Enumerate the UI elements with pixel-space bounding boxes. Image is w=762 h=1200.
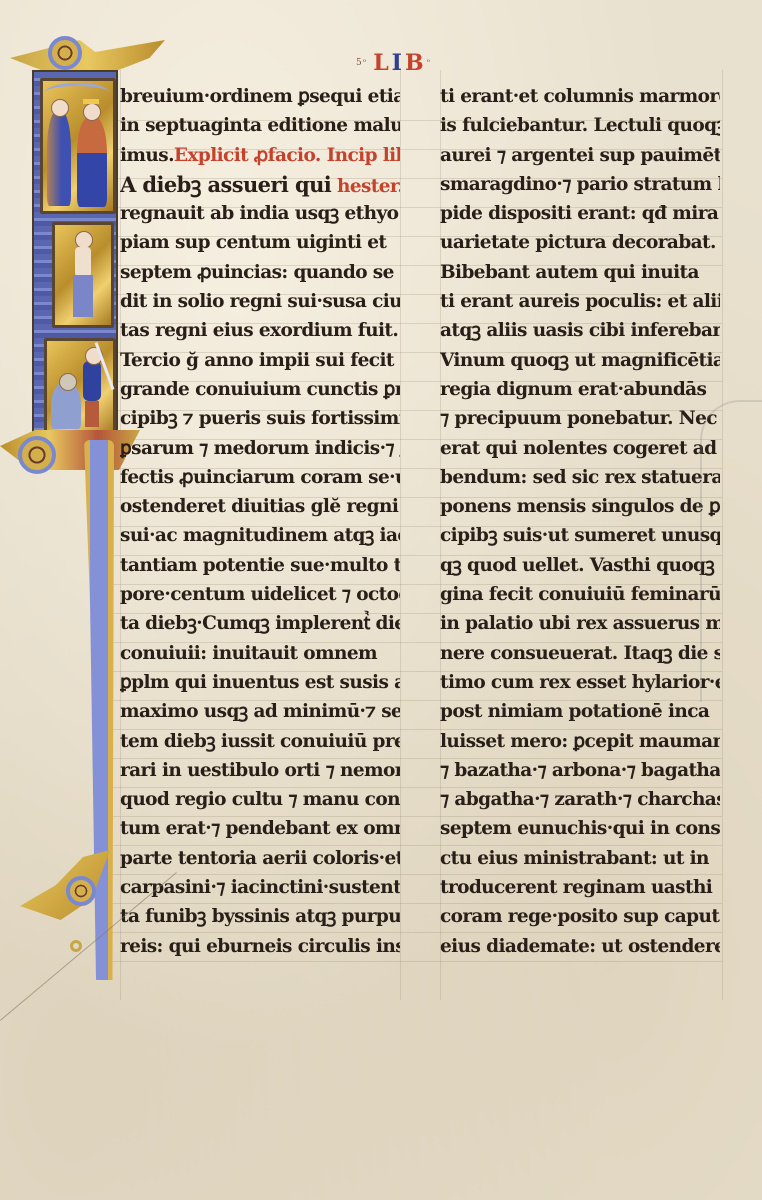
text-line: cipibꝫ ⁊ pueris suis fortissimis — [120, 404, 400, 433]
text-line: cipibꝫ suis·ut sumeret unusquis — [440, 521, 720, 550]
king-head — [83, 103, 101, 121]
text-line: quod regio cultu ⁊ manu consi — [120, 785, 400, 814]
text-line: grande conuiuium cunctis ꝑn — [120, 375, 400, 404]
text-line: Vinum quoqꝫ ut magnificētia — [440, 346, 720, 375]
text-line: in palatio ubi rex assuerus ma — [440, 609, 720, 638]
text-column-b: ti erant·et columnis marmore is fulcieba… — [440, 82, 720, 961]
text-line: ⁊ abgatha·⁊ zarath·⁊ charchas· — [440, 785, 720, 814]
text-line: is fulciebantur. Lectuli quoqꝫ — [440, 111, 720, 140]
text-line: rari in uestibulo orti ⁊ nemoris. — [120, 756, 400, 785]
running-head-suffix: ᵒ — [427, 58, 431, 68]
text-line: timo cum rex esset hylarior·et — [440, 668, 720, 697]
scene-execution — [44, 338, 116, 436]
queen-figure — [47, 111, 71, 206]
text-line: reis: qui eburneis circulis inser — [120, 932, 400, 961]
text-line: carpasini·⁊ iacinctini·sustenta — [120, 873, 400, 902]
figure-torso — [75, 247, 91, 277]
text-line: maximo usqꝫ ad minimū·⁊ sep — [120, 697, 400, 726]
spiral-ornament-icon — [66, 876, 96, 906]
text-line: sui·ac magnitudinem atqꝫ iac — [120, 521, 400, 550]
arcade-icon — [45, 83, 109, 102]
top-flourish — [10, 40, 165, 70]
text-line: Tercio ğ anno impii sui fecit — [120, 346, 400, 375]
text-line-with-rubric: A diebꝫ assueri qui hester. I — [120, 170, 400, 199]
show-through-ornament — [700, 400, 762, 702]
text-line: post nimiam potationē inca — [440, 697, 720, 726]
text-line-with-rubric: imus.Explicit ꝓfacio. Incip lib — [120, 141, 400, 170]
text-line: in septuaginta editione malu — [120, 111, 400, 140]
text-line: parte tentoria aerii coloris·et — [120, 844, 400, 873]
text-line: smaragdino·⁊ pario stratum la — [440, 170, 720, 199]
text-line: septem ꝓuincias: quando se — [120, 258, 400, 287]
text-line: tum erat·⁊ pendebant ex omni — [120, 814, 400, 843]
running-head-prefix: 5ᵒ — [356, 58, 367, 68]
scene-standing-figure — [52, 222, 114, 328]
text-line: bendum: sed sic rex statuerat ꝑ — [440, 463, 720, 492]
scene-king-queen — [40, 78, 116, 214]
text-line: septem eunuchis·qui in conspe — [440, 814, 720, 843]
rubric-explicit: Explicit ꝓfacio. Incip lib — [174, 145, 400, 166]
king-figure — [77, 117, 107, 207]
text-line: ⁊ precipuum ponebatur. Nec — [440, 404, 720, 433]
text-line: eius diademate: ut ostenderet — [440, 932, 720, 961]
text-line: erat qui nolentes cogeret ad bi — [440, 434, 720, 463]
running-head-letter: L — [373, 50, 389, 76]
text-line: ⁊ bazatha·⁊ arbona·⁊ bagatha· — [440, 756, 720, 785]
text-line: ti erant·et columnis marmore — [440, 82, 720, 111]
text-line: ta funibꝫ byssinis atqꝫ purpu — [120, 902, 400, 931]
text-line: coram rege·posito sup caput — [440, 902, 720, 931]
text-line: troducerent reginam uasthi — [440, 873, 720, 902]
queen-head — [51, 99, 69, 117]
spiral-ornament-icon — [18, 436, 56, 474]
text-fragment: imus. — [120, 145, 174, 166]
text-line: qꝫ quod uellet. Vasthi quoqꝫ re — [440, 551, 720, 580]
text-line: fectis ꝓuinciarum coram se·ut — [120, 463, 400, 492]
text-line: aurei ⁊ argentei sup pauimētū — [440, 141, 720, 170]
text-line: pore·centum uidelicet ⁊ octogi — [120, 580, 400, 609]
crown-icon — [83, 99, 99, 104]
text-fragment: A diebꝫ assueri qui — [120, 172, 331, 197]
text-line: piam sup centum uiginti et — [120, 228, 400, 257]
text-line: conuiuii: inuitauit omnem — [120, 639, 400, 668]
text-line: ta diebꝫ·Cumqꝫ implerentᷣ dies — [120, 609, 400, 638]
running-head-letter: B — [405, 50, 425, 76]
text-line: breuium·ordinem ꝑsequi etiam — [120, 82, 400, 111]
text-line: tas regni eius exordium fuit. — [120, 316, 400, 345]
text-line: ti erant aureis poculis: et aliis — [440, 287, 720, 316]
text-line: tantiam potentie sue·multo tē — [120, 551, 400, 580]
text-line: tem diebꝫ iussit conuiuiū prepa — [120, 727, 400, 756]
text-line: ostenderet diuitias glĕ regni — [120, 492, 400, 521]
rubric-hester: hester. — [337, 176, 400, 197]
text-line: atqꝫ aliis uasis cibi inferebantᷣ. — [440, 316, 720, 345]
text-line: gina fecit conuiuiū feminarū: — [440, 580, 720, 609]
executioner-legs — [85, 401, 99, 427]
ruling-line — [400, 70, 401, 1000]
text-line: Bibebant autem qui inuita — [440, 258, 720, 287]
kneeling-head — [59, 373, 77, 391]
text-line: nere consueuerat. Itaqꝫ die sep — [440, 639, 720, 668]
figure-legs — [73, 275, 93, 317]
text-line: regnauit ab india usqꝫ ethyo — [120, 199, 400, 228]
executioner-body — [83, 361, 101, 401]
text-line: ponens mensis singulos de ꝑn — [440, 492, 720, 521]
text-line: uarietate pictura decorabat. — [440, 228, 720, 257]
tendril-end-icon — [70, 940, 82, 952]
text-line: luisset mero: ꝑcepit mauman — [440, 727, 720, 756]
text-line: ꝑplm qui inuentus est susis a — [120, 668, 400, 697]
running-head-letter: I — [392, 50, 403, 76]
text-column-a: breuium·ordinem ꝑsequi etiam in septuagi… — [120, 82, 400, 961]
text-line: regia dignum erat·abundās — [440, 375, 720, 404]
text-line: dit in solio regni sui·susa ciui — [120, 287, 400, 316]
running-head: 5ᵒ L I B ᵒ — [356, 48, 435, 78]
spiral-ornament-icon — [48, 36, 82, 70]
manuscript-page: 5ᵒ L I B ᵒ — [0, 0, 762, 1200]
text-line: pide dispositi erant: qđ mira — [440, 199, 720, 228]
text-line: ctu eius ministrabant: ut in — [440, 844, 720, 873]
text-line: ꝑsarum ⁊ medorum indicis·⁊ ꝑe — [120, 434, 400, 463]
